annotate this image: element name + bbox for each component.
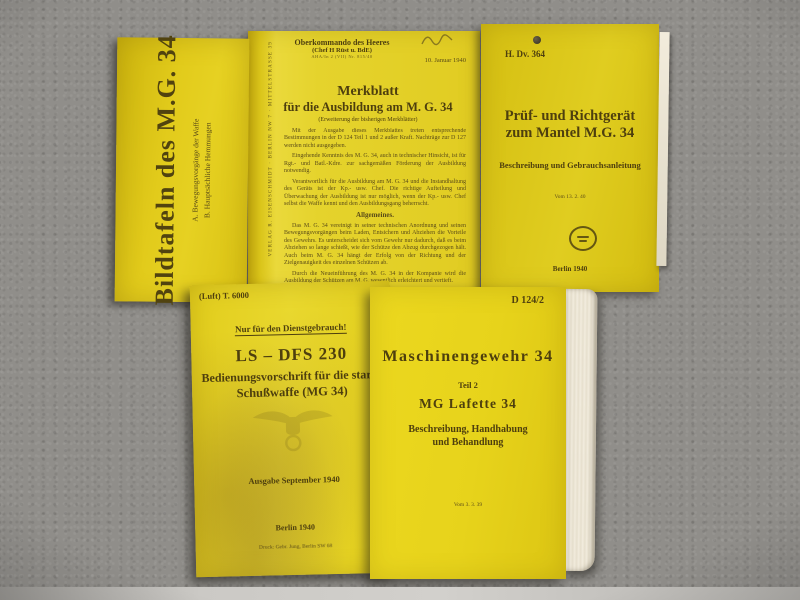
merkblatt-paragraph: Eingehende Kenntnis des M. G. 34, auch i…	[284, 153, 466, 175]
merkblatt-body-text: Mit der Ausgabe dieses Merkblattes trete…	[284, 128, 466, 289]
book-d124-2: D 124/2 Maschinengewehr 34 Teil 2 MG Laf…	[370, 287, 602, 579]
d124-subtitle: MG Lafette 34	[370, 396, 566, 412]
photo-of-mg34-manuals: Bildtafeln des M.G. 34 A. Bewegungsvorgä…	[0, 0, 800, 600]
d124-date: Vom 3. 3. 39	[370, 502, 566, 508]
luft-edition: Ausgabe September 1940	[194, 473, 394, 488]
merkblatt-letterhead: Oberkommando des Heeres (Chef H Rüst u. …	[266, 38, 418, 59]
hdv364-subtitle: Beschreibung und Gebrauchsanleitung	[481, 160, 659, 170]
bildtafeln-subtitle-a: A. Bewegungsvorgänge der Waffe	[189, 119, 202, 222]
d124-number: D 124/2	[512, 295, 545, 306]
d124-description2: und Behandlung	[370, 437, 566, 448]
luft-title1: LS – DFS 230	[191, 343, 391, 368]
merkblatt-date: 10. Januar 1940	[425, 57, 466, 64]
bildtafeln-subtitle-b: B. Hauptsächliche Hemmungen	[201, 119, 214, 222]
hdv364-place-year: Berlin 1940	[481, 265, 659, 273]
eagle-watermark-icon	[247, 402, 338, 454]
letterhead-line2: (Chef H Rüst u. BdE)	[266, 47, 418, 54]
letterhead-line1: Oberkommando des Heeres	[266, 38, 418, 47]
letterhead-line3: AHA/In 2 (VII) Nr. 815/40	[266, 54, 418, 59]
merkblatt-paragraph: Das M. G. 34 vereinigt in seiner technis…	[284, 223, 466, 268]
hdv364-title2: zum Mantel M.G. 34	[481, 125, 659, 142]
merkblatt-paragraph: Mit der Ausgabe dieses Merkblattes trete…	[284, 128, 466, 150]
round-stamp-icon	[569, 226, 597, 251]
d124-part: Teil 2	[370, 380, 566, 390]
d124-cover: D 124/2 Maschinengewehr 34 Teil 2 MG Laf…	[370, 287, 566, 579]
bildtafeln-title: Bildtafeln des M.G. 34	[149, 34, 182, 305]
book-page-edges	[563, 289, 598, 571]
hdv364-title-block: Prüf- und Richtgerät zum Mantel M.G. 34	[481, 108, 659, 142]
merkblatt-title2: für die Ausbildung am M. G. 34	[268, 100, 468, 115]
merkblatt-title-block: Merkblatt für die Ausbildung am M. G. 34…	[268, 84, 468, 123]
publisher-imprint-vertical: VERLAG R. EISENSCHMIDT · BERLIN NW 7 · M…	[269, 67, 274, 257]
luft-place-year: Berlin 1940	[195, 521, 395, 535]
hdv364-number: H. Dv. 364	[505, 49, 545, 59]
leaflet-merkblatt: Oberkommando des Heeres (Chef H Rüst u. …	[248, 31, 480, 293]
luft-title3: Schußwaffe (MG 34)	[192, 383, 392, 403]
photo-bottom-edge	[0, 587, 800, 600]
merkblatt-title3: (Erweiterung der bisherigen Merkblätter)	[268, 117, 468, 123]
punch-hole	[533, 36, 541, 44]
booklet-luft-t6000: (Luft) T. 6000 Nur für den Dienstgebrauc…	[190, 281, 397, 577]
page-edge	[656, 32, 669, 266]
d124-title: Maschinengewehr 34	[370, 348, 566, 366]
restriction-notice: Nur für den Dienstgebrauch!	[191, 316, 391, 339]
handwriting-mark	[420, 33, 454, 48]
merkblatt-title: Merkblatt	[268, 84, 468, 100]
booklet-bildtafeln: Bildtafeln des M.G. 34 A. Bewegungsvorgä…	[115, 37, 250, 302]
restriction-text: Nur für den Dienstgebrauch!	[235, 322, 347, 337]
d124-description1: Beschreibung, Handhabung	[370, 424, 566, 435]
luft-printer-line: Druck: Gebr. Jung, Berlin SW 68	[196, 542, 396, 553]
bildtafeln-subtitles: A. Bewegungsvorgänge der Waffe B. Haupts…	[189, 119, 213, 222]
hdv364-date: Vom 13. 2. 40	[481, 194, 659, 200]
hdv364-title1: Prüf- und Richtgerät	[481, 108, 659, 125]
merkblatt-section-heading: Allgemeines.	[284, 211, 466, 220]
luft-number: (Luft) T. 6000	[199, 290, 249, 301]
merkblatt-paragraph: Verantwortlich für die Ausbildung am M. …	[284, 179, 466, 209]
rotated-cover-text: Bildtafeln des M.G. 34 A. Bewegungsvorgä…	[115, 37, 250, 302]
booklet-hdv364: H. Dv. 364 Prüf- und Richtgerät zum Mant…	[481, 24, 659, 292]
